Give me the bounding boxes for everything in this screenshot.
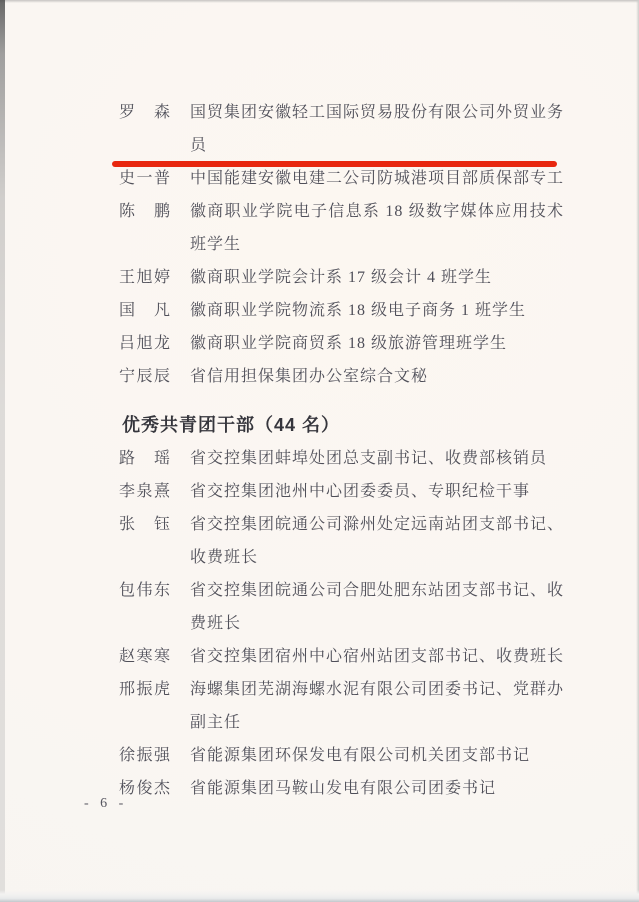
recipient-name: 包伟东 (119, 574, 177, 607)
recipient-title: 徽商职业学院商贸系 18 级旅游管理班学生 (190, 327, 564, 360)
recipient-row: 包伟东 省交控集团皖通公司合肥处肥东站团支部书记、收费班长 (119, 574, 565, 640)
recipient-title: 国贸集团安徽轻工国际贸易股份有限公司外贸业务员 (190, 96, 564, 162)
recipient-name: 罗 森 (119, 96, 177, 129)
recipient-name: 赵寒寒 (119, 640, 177, 673)
recipient-title: 省交控集团皖通公司合肥处肥东站团支部书记、收费班长 (190, 574, 564, 640)
scan-edge-top (0, 0, 639, 3)
recipient-name: 徐振强 (119, 739, 177, 772)
document-body: 罗 森 国贸集团安徽轻工国际贸易股份有限公司外贸业务员 史一普 中国能建安徽电建… (119, 96, 565, 805)
recipient-title: 省交控集团池州中心团委委员、专职纪检干事 (190, 475, 564, 508)
recipient-name: 路 瑶 (119, 442, 177, 475)
recipient-row: 杨俊杰 省能源集团马鞍山发电有限公司团委书记 (119, 772, 565, 805)
recipient-title: 中国能建安徽电建二公司防城港项目部质保部专工 (190, 162, 564, 195)
recipient-row: 路 瑶 省交控集团蚌埠处团总支副书记、收费部核销员 (119, 442, 565, 475)
recipient-name: 王旭婷 (119, 261, 177, 294)
recipient-row: 吕旭龙 徽商职业学院商贸系 18 级旅游管理班学生 (119, 327, 565, 360)
recipient-row: 张 钰 省交控集团皖通公司滁州处定远南站团支部书记、收费班长 (119, 508, 565, 574)
page-number: - 6 - (84, 796, 127, 812)
recipient-row: 陈 鹏 徽商职业学院电子信息系 18 级数字媒体应用技术班学生 (119, 195, 565, 261)
recipient-row: 宁辰辰 省信用担保集团办公室综合文秘 (119, 360, 565, 393)
entry-list: 路 瑶 省交控集团蚌埠处团总支副书记、收费部核销员 李泉熹 省交控集团池州中心团… (119, 442, 565, 805)
recipient-name: 邢振虎 (119, 673, 177, 706)
recipient-title: 省交控集团蚌埠处团总支副书记、收费部核销员 (190, 442, 564, 475)
recipient-row: 李泉熹 省交控集团池州中心团委委员、专职纪检干事 (119, 475, 565, 508)
scanned-document-page: 罗 森 国贸集团安徽轻工国际贸易股份有限公司外贸业务员 史一普 中国能建安徽电建… (0, 0, 639, 902)
recipient-title: 徽商职业学院电子信息系 18 级数字媒体应用技术班学生 (190, 195, 564, 261)
recipient-name: 李泉熹 (119, 475, 177, 508)
recipient-name: 陈 鹏 (119, 195, 177, 228)
recipient-title: 省信用担保集团办公室综合文秘 (190, 360, 564, 393)
recipient-title: 徽商职业学院会计系 17 级会计 4 班学生 (190, 261, 564, 294)
award-section: 罗 森 国贸集团安徽轻工国际贸易股份有限公司外贸业务员 史一普 中国能建安徽电建… (119, 96, 565, 393)
scan-edge-bottom (0, 890, 639, 902)
recipient-title: 省能源集团马鞍山发电有限公司团委书记 (190, 772, 564, 805)
award-section: 优秀共青团干部（44 名） 路 瑶 省交控集团蚌埠处团总支副书记、收费部核销员 … (119, 408, 565, 805)
recipient-title: 省交控集团皖通公司滁州处定远南站团支部书记、收费班长 (190, 508, 564, 574)
recipient-row: 徐振强 省能源集团环保发电有限公司机关团支部书记 (119, 739, 565, 772)
recipient-name: 史一普 (119, 162, 177, 195)
scan-edge-left (0, 0, 5, 902)
recipient-title: 海螺集团芜湖海螺水泥有限公司团委书记、党群办副主任 (190, 673, 564, 739)
recipient-name: 张 钰 (119, 508, 177, 541)
entry-list: 罗 森 国贸集团安徽轻工国际贸易股份有限公司外贸业务员 史一普 中国能建安徽电建… (119, 96, 565, 393)
recipient-row: 国 凡 徽商职业学院物流系 18 级电子商务 1 班学生 (119, 294, 565, 327)
recipient-row: 罗 森 国贸集团安徽轻工国际贸易股份有限公司外贸业务员 (119, 96, 565, 162)
recipient-row: 邢振虎 海螺集团芜湖海螺水泥有限公司团委书记、党群办副主任 (119, 673, 565, 739)
recipient-row: 赵寒寒 省交控集团宿州中心宿州站团支部书记、收费班长 (119, 640, 565, 673)
recipient-name: 宁辰辰 (119, 360, 177, 393)
recipient-row: 王旭婷 徽商职业学院会计系 17 级会计 4 班学生 (119, 261, 565, 294)
recipient-row: 史一普 中国能建安徽电建二公司防城港项目部质保部专工 (119, 162, 565, 195)
recipient-title: 省能源集团环保发电有限公司机关团支部书记 (190, 739, 564, 772)
recipient-name: 吕旭龙 (119, 327, 177, 360)
recipient-name: 国 凡 (119, 294, 177, 327)
recipient-name: 杨俊杰 (119, 772, 177, 805)
recipient-title: 徽商职业学院物流系 18 级电子商务 1 班学生 (190, 294, 564, 327)
section-heading: 优秀共青团干部（44 名） (122, 408, 565, 442)
recipient-title: 省交控集团宿州中心宿州站团支部书记、收费班长 (190, 640, 564, 673)
